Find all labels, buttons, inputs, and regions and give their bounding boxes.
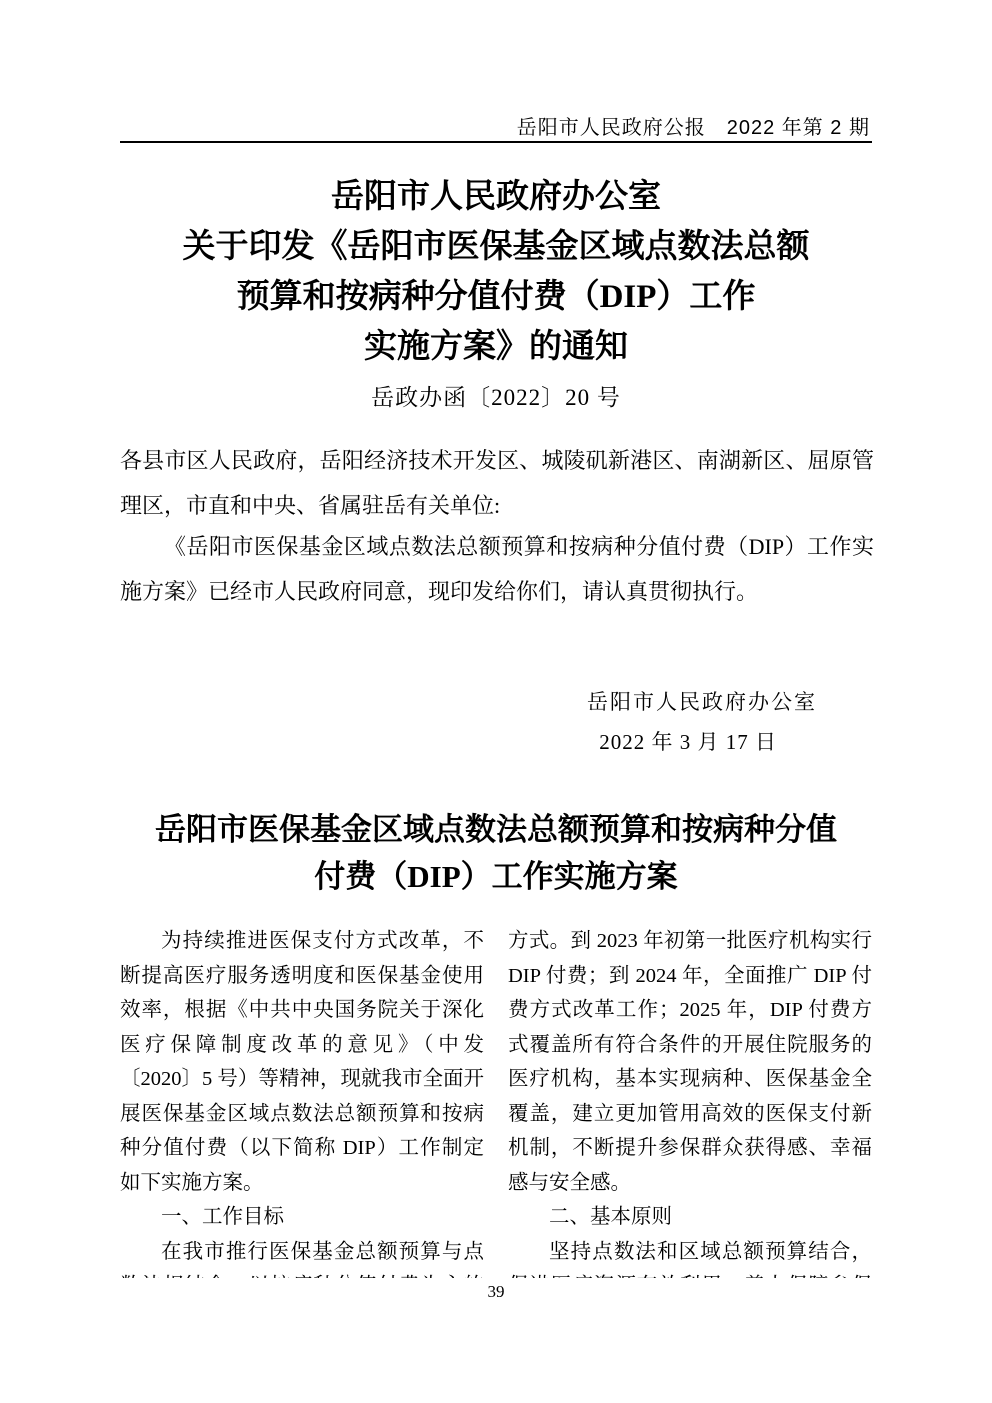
notice-title-line-4: 实施方案》的通知 <box>100 322 892 372</box>
section-heading-work-goals: 一、工作目标 <box>120 1200 484 1235</box>
header-divider-rule <box>120 141 872 143</box>
basic-principles-paragraph: 坚持点数法和区域总额预算结合，促进医疗资源有效利用，着力保障参保人员基本医疗 <box>508 1235 872 1279</box>
plan-title-line-1: 岳阳市医保基金区域点数法总额预算和按病种分值 <box>110 806 882 853</box>
gazette-page: 岳阳市人民政府公报 2022 年第 2 期 岳阳市人民政府办公室 关于印发《岳阳… <box>0 0 992 1403</box>
plan-title: 岳阳市医保基金区域点数法总额预算和按病种分值 付费（DIP）工作实施方案 <box>110 806 882 900</box>
gazette-running-header: 岳阳市人民政府公报 2022 年第 2 期 <box>120 111 870 140</box>
notice-recipients: 各县市区人民政府，岳阳经济技术开发区、城陵矶新港区、南湖新区、屈原管理区，市直和… <box>120 438 874 528</box>
notice-body-paragraph: 《岳阳市医保基金区域点数法总额预算和按病种分值付费（DIP）工作实施方案》已经市… <box>120 524 874 614</box>
notice-title-line-1: 岳阳市人民政府办公室 <box>100 172 892 222</box>
page-number: 39 <box>0 1282 992 1302</box>
notice-title: 岳阳市人民政府办公室 关于印发《岳阳市医保基金区域点数法总额 预算和按病种分值付… <box>100 172 892 372</box>
section-heading-basic-principles: 二、基本原则 <box>508 1200 872 1235</box>
plan-title-line-2: 付费（DIP）工作实施方案 <box>110 853 882 900</box>
plan-right-column: 方式。到 2023 年初第一批医疗机构实行 DIP 付费；到 2024 年，全面… <box>508 924 872 1278</box>
plan-intro-paragraph: 为持续推进医保支付方式改革，不断提高医疗服务透明度和医保基金使用效率，根据《中共… <box>120 924 484 1200</box>
notice-title-line-2: 关于印发《岳阳市医保基金区域点数法总额 <box>100 222 892 272</box>
signature-date: 2022 年 3 月 17 日 <box>599 726 777 756</box>
plan-body-columns: 为持续推进医保支付方式改革，不断提高医疗服务透明度和医保基金使用效率，根据《中共… <box>120 924 872 1278</box>
work-goals-paragraph: 在我市推行医保基金总额预算与点数法相结合、以按病种分值付费为主的多元复合支付 <box>120 1235 484 1279</box>
plan-left-column: 为持续推进医保支付方式改革，不断提高医疗服务透明度和医保基金使用效率，根据《中共… <box>120 924 484 1278</box>
signature-organization: 岳阳市人民政府办公室 <box>587 686 817 716</box>
notice-title-line-3: 预算和按病种分值付费（DIP）工作 <box>100 272 892 322</box>
document-number: 岳政办函〔2022〕20 号 <box>120 379 872 412</box>
work-goals-paragraph-continued: 方式。到 2023 年初第一批医疗机构实行 DIP 付费；到 2024 年，全面… <box>508 924 872 1200</box>
